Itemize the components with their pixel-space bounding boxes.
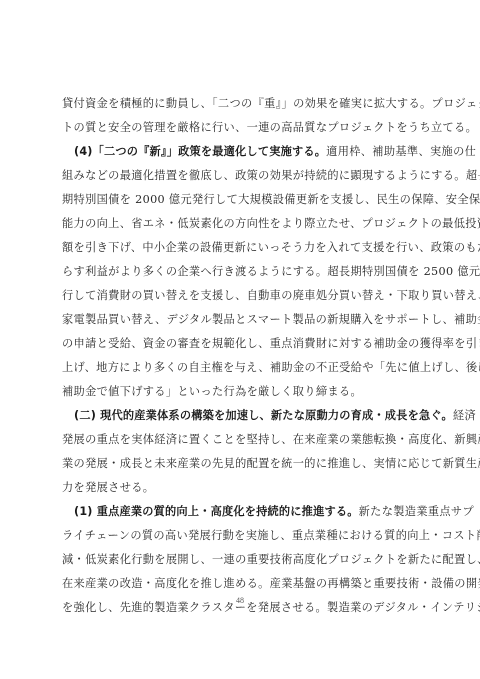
body-line: 行して消費財の買い替えを支援し、自動車の廃車処分買い替え・下取り買い替え、 [62,284,422,308]
body-line: の申請と受給、資金の審査を規範化し、重点消費財に対する補助金の獲得率を引き [62,332,422,356]
body-line: 期特別国債を 2000 億元発行して大規模設備更新を支援し、民生の保障、安全保障 [62,188,422,212]
section-heading-line: (4)「二つの『新』」政策を最適化して実施する。適用枠、補助基準、実施の仕 [62,140,422,164]
body-text: 適用枠、補助基準、実施の仕 [326,145,476,158]
section-heading: (1) 重点産業の質的向上・高度化を持続的に推進する。 [74,505,359,518]
body-line: 補助金で値下げする」といった行為を厳しく取り締まる。 [62,380,422,404]
section-heading-line: (1) 重点産業の質的向上・高度化を持続的に推進する。新たな製造業重点サプ [62,500,422,524]
body-line: 額を引き下げ、中小企業の設備更新にいっそう力を入れて支援を行い、政策のもた [62,236,422,260]
body-line: ライチェーンの質の高い発展行動を実施し、重点業種における質的向上・コスト削 [62,524,422,548]
body-line: 減・低炭素化行動を展開し、一連の重要技術高度化プロジェクトを新たに配置し、 [62,548,422,572]
section-heading: (4)「二つの『新』」政策を最適化して実施する。 [74,145,326,158]
body-text: 経済 [453,409,476,422]
body-line: トの質と安全の管理を厳格に行い、一連の高品質なプロジェクトをうち立てる。 [62,116,422,140]
body-line: 家電製品買い替え、デジタル製品とスマート製品の新規購入をサポートし、補助金 [62,308,422,332]
body-line: 業の発展・成長と未来産業の先見的配置を統一的に推進し、実情に応じて新質生産 [62,452,422,476]
section-heading: (二) 現代的産業体系の構築を加速し、新たな原動力の育成・成長を急ぐ。 [74,409,453,422]
section-heading-line: (二) 現代的産業体系の構築を加速し、新たな原動力の育成・成長を急ぐ。経済 [62,404,422,428]
document-page: 貸付資金を積極的に動員し、「二つの『重』」の効果を確実に拡大する。プロジェク ト… [0,0,480,679]
body-line: 組みなどの最適化措置を徹底し、政策の効果が持続的に顕現するようにする。超長 [62,164,422,188]
body-text: 新たな製造業重点サプ [359,505,474,518]
body-line: 力を発展させる。 [62,476,422,500]
body-line: 能力の向上、省エネ・低炭素化の方向性をより際立たせ、プロジェクトの最低投資 [62,212,422,236]
body-line: 発展の重点を実体経済に置くことを堅持し、在来産業の業態転換・高度化、新興産 [62,428,422,452]
document-body: 貸付資金を積極的に動員し、「二つの『重』」の効果を確実に拡大する。プロジェク ト… [62,92,422,620]
body-line: 貸付資金を積極的に動員し、「二つの『重』」の効果を確実に拡大する。プロジェク [62,92,422,116]
body-line: 上げ、地方により多くの自主権を与え、補助金の不正受給や「先に値上げし、後に [62,356,422,380]
body-line: らす利益がより多くの企業へ行き渡るようにする。超長期特別国債を 2500 億元発 [62,260,422,284]
page-number: 48 [0,596,480,605]
body-line: 在来産業の改造・高度化を推し進める。産業基盤の再構築と重要技術・設備の開発 [62,572,422,596]
